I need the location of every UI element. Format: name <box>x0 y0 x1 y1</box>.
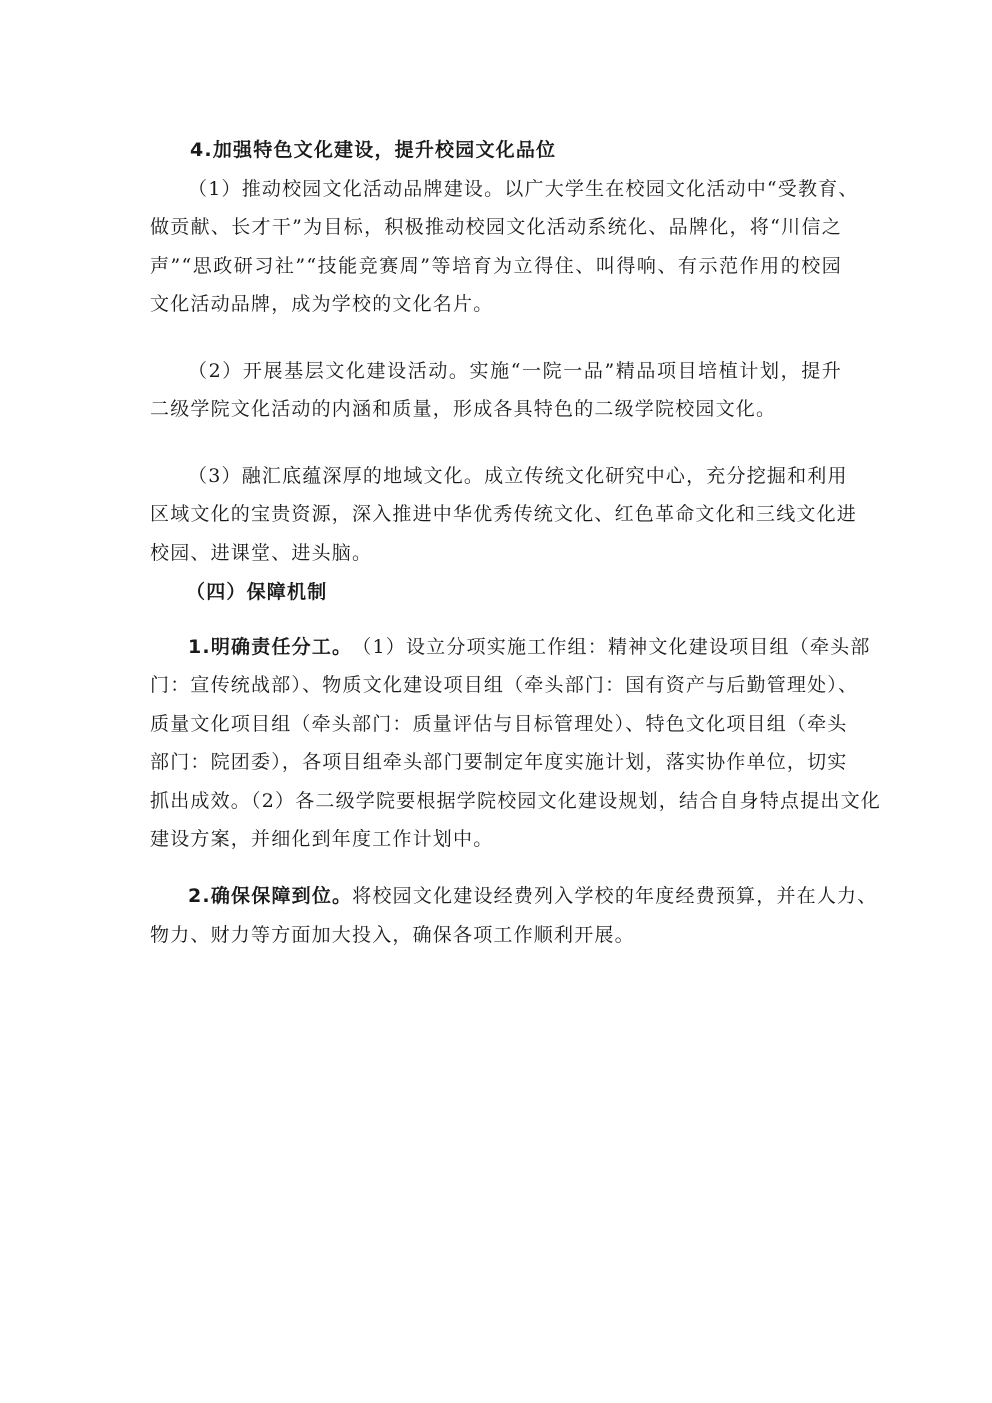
paragraph-line: 二级学院文化活动的内涵和质量，形成各具特色的二级学院校园文化。 <box>150 390 842 428</box>
paragraph-text: 将校园文化建设经费列入学校的年度经费预算，并在人力、 <box>352 877 877 915</box>
paragraph-line: （3）融汇底蕴深厚的地域文化。成立传统文化研究中心，充分挖掘和利用 <box>188 457 842 495</box>
paragraph-line: （1）推动校园文化活动品牌建设。以广大学生在校园文化活动中“受教育、 <box>188 170 842 208</box>
paragraph-line: 文化活动品牌，成为学校的文化名片。 <box>150 285 842 323</box>
bold-lead: 1.明确责任分工。 <box>188 628 352 666</box>
paragraph-line: 物力、财力等方面加大投入，确保各项工作顺利开展。 <box>150 916 842 954</box>
paragraph-line: 做贡献、长才干”为目标，积极推动校园文化活动系统化、品牌化，将“川信之 <box>150 208 842 246</box>
paragraph-line: 建设方案，并细化到年度工作计划中。 <box>150 820 842 858</box>
paragraph-line: 抓出成效。（2）各二级学院要根据学院校园文化建设规划，结合自身特点提出文化 <box>150 782 842 820</box>
paragraph-line: 声”“思政研习社”“技能竞赛周”等培育为立得住、叫得响、有示范作用的校园 <box>150 247 842 285</box>
paragraph-text: （1）设立分项实施工作组：精神文化建设项目组（牵头部 <box>352 628 870 666</box>
paragraph-line: 门：宣传统战部）、物质文化建设项目组（牵头部门：国有资产与后勤管理处）、 <box>150 666 842 704</box>
paragraph-line: （2）开展基层文化建设活动。实施“一院一品”精品项目培植计划，提升 <box>188 352 842 390</box>
paragraph-line: 部门：院团委），各项目组牵头部门要制定年度实施计划，落实协作单位，切实 <box>150 743 842 781</box>
bold-lead: 2.确保保障到位。 <box>188 877 352 915</box>
section-heading-guarantee: （四）保障机制 <box>186 573 878 611</box>
paragraph-line: 2.确保保障到位。 将校园文化建设经费列入学校的年度经费预算，并在人力、 <box>188 877 842 915</box>
paragraph-line: 1.明确责任分工。 （1）设立分项实施工作组：精神文化建设项目组（牵头部 <box>188 628 842 666</box>
paragraph-line: 区域文化的宝贵资源，深入推进中华优秀传统文化、红色革命文化和三线文化进 <box>150 495 842 533</box>
paragraph-line: 校园、进课堂、进头脑。 <box>150 534 842 572</box>
paragraph-line: 质量文化项目组（牵头部门：质量评估与目标管理处）、特色文化项目组（牵头 <box>150 705 842 743</box>
section-heading-4: 4.加强特色文化建设，提升校园文化品位 <box>190 131 882 169</box>
